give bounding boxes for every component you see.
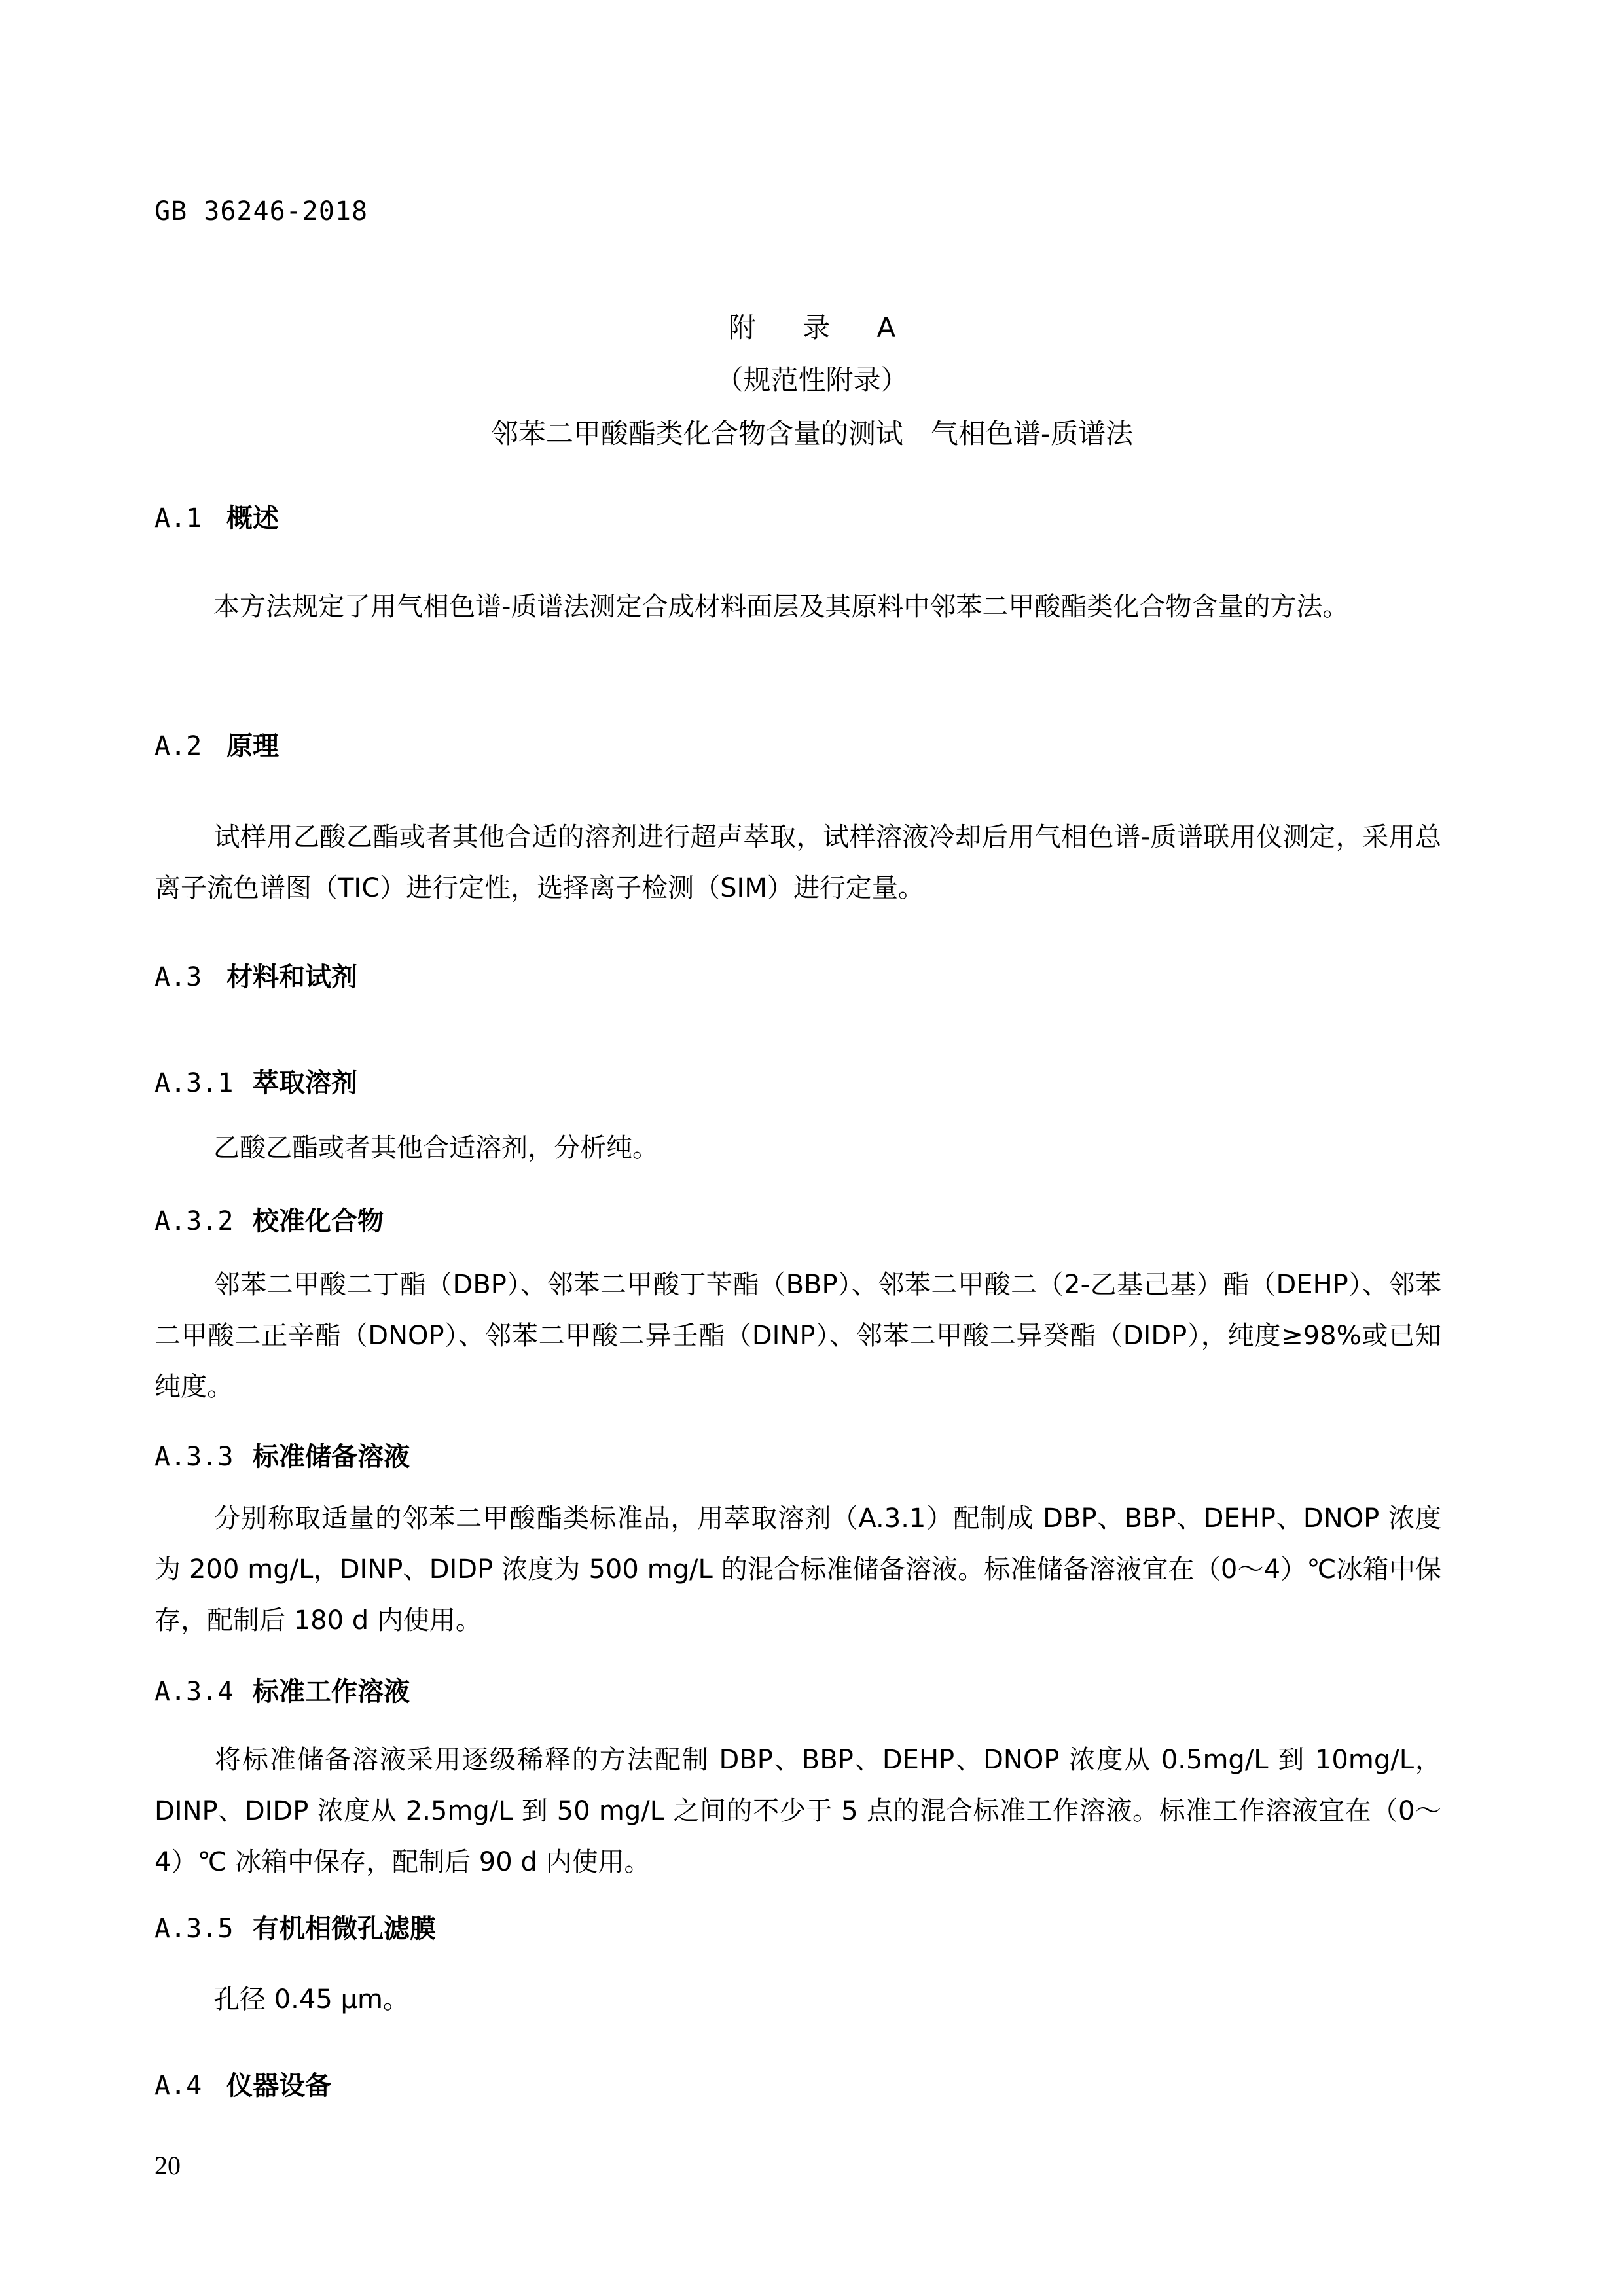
section-title: 萃取溶剂 xyxy=(253,1068,357,1098)
paragraph-text: 试样用乙酸乙酯或者其他合适的溶剂进行超声萃取，试样溶液冷却后用气相色谱-质谱联用… xyxy=(154,822,1441,903)
section-paragraph: 乙酸乙酯或者其他合适溶剂，分析纯。 xyxy=(154,1122,1441,1174)
section-paragraph: 将标准储备溶液采用逐级稀释的方法配制 DBP、BBP、DEHP、DNOP 浓度从… xyxy=(154,1734,1441,1888)
paragraph-text: 分别称取适量的邻苯二甲酸酯类标准品，用萃取溶剂（A.3.1）配制成 DBP、BB… xyxy=(154,1503,1441,1636)
section-number: A.3.1 xyxy=(154,1068,253,1098)
section-heading: A.3.4标准工作溶液 xyxy=(154,1671,410,1708)
section-title: 校准化合物 xyxy=(253,1206,384,1236)
annex-label-part: 附 xyxy=(729,312,756,344)
section-number: A.3.2 xyxy=(154,1206,253,1236)
paragraph-text: 乙酸乙酯或者其他合适溶剂，分析纯。 xyxy=(213,1133,659,1163)
annex-label-part: A xyxy=(877,312,896,344)
section-heading: A.3.1萃取溶剂 xyxy=(154,1062,357,1100)
section-heading: A.1概述 xyxy=(154,497,279,535)
section-heading: A.2原理 xyxy=(154,725,279,762)
section-paragraph: 分别称取适量的邻苯二甲酸酯类标准品，用萃取溶剂（A.3.1）配制成 DBP、BB… xyxy=(154,1493,1441,1646)
section-title: 仪器设备 xyxy=(226,2071,331,2101)
section-number: A.3.3 xyxy=(154,1442,253,1472)
section-heading: A.4仪器设备 xyxy=(154,2065,331,2102)
section-number: A.1 xyxy=(154,503,226,533)
standard-code-header: GB 36246-2018 xyxy=(154,196,368,226)
section-title: 原理 xyxy=(226,731,279,761)
paragraph-text: 孔径 0.45 μm。 xyxy=(213,1984,409,2015)
section-number: A.3.4 xyxy=(154,1677,253,1707)
section-title: 概述 xyxy=(226,503,279,533)
section-number: A.3 xyxy=(154,962,226,992)
section-paragraph: 邻苯二甲酸二丁酯（DBP）、邻苯二甲酸丁苄酯（BBP）、邻苯二甲酸二（2-乙基己… xyxy=(154,1259,1441,1412)
section-number: A.2 xyxy=(154,731,226,761)
annex-title: 邻苯二甲酸酯类化合物含量的测试 气相色谱-质谱法 xyxy=(0,412,1624,452)
annex-label-part: 录 xyxy=(803,312,830,344)
paragraph-text: 本方法规定了用气相色谱-质谱法测定合成材料面层及其原料中邻苯二甲酸酯类化合物含量… xyxy=(213,592,1348,622)
section-paragraph: 本方法规定了用气相色谱-质谱法测定合成材料面层及其原料中邻苯二甲酸酯类化合物含量… xyxy=(154,581,1441,632)
section-title: 有机相微孔滤膜 xyxy=(253,1914,436,1944)
paragraph-text: 邻苯二甲酸二丁酯（DBP）、邻苯二甲酸丁苄酯（BBP）、邻苯二甲酸二（2-乙基己… xyxy=(154,1270,1441,1402)
section-title: 标准储备溶液 xyxy=(253,1442,410,1472)
section-heading: A.3材料和试剂 xyxy=(154,956,357,994)
paragraph-text: 将标准储备溶液采用逐级稀释的方法配制 DBP、BBP、DEHP、DNOP 浓度从… xyxy=(154,1745,1441,1877)
section-number: A.3.5 xyxy=(154,1914,253,1944)
annex-kind: （规范性附录） xyxy=(0,359,1624,398)
section-heading: A.3.3标准储备溶液 xyxy=(154,1436,410,1473)
section-paragraph: 孔径 0.45 μm。 xyxy=(154,1974,1441,2025)
annex-label: 附 录 A xyxy=(0,306,1624,346)
section-paragraph: 试样用乙酸乙酯或者其他合适的溶剂进行超声萃取，试样溶液冷却后用气相色谱-质谱联用… xyxy=(154,812,1441,914)
section-title: 标准工作溶液 xyxy=(253,1677,410,1707)
section-heading: A.3.2校准化合物 xyxy=(154,1200,384,1238)
page-number: 20 xyxy=(154,2150,181,2181)
section-number: A.4 xyxy=(154,2071,226,2101)
section-heading: A.3.5有机相微孔滤膜 xyxy=(154,1908,436,1945)
section-title: 材料和试剂 xyxy=(226,962,357,992)
